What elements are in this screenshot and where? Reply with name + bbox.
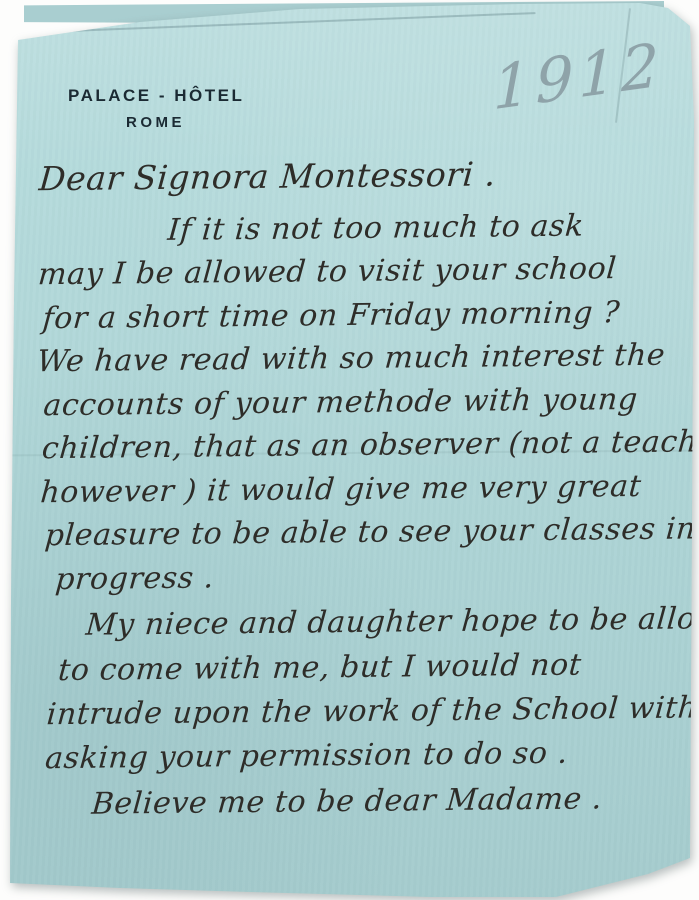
letter-line: intrude upon the work of the School with… bbox=[45, 690, 699, 732]
letter-line: pleasure to be able to see your classes … bbox=[44, 511, 698, 553]
letter-line: We have read with so much interest the bbox=[36, 338, 667, 380]
letter-line: progress . bbox=[54, 560, 215, 597]
closing-line: Believe me to be dear Madame . bbox=[90, 781, 603, 821]
letter-line: to come with me, but I would not bbox=[57, 648, 583, 689]
scanned-letter-page: PALACE - HÔTEL ROME 1912 Dear Signora Mo… bbox=[0, 0, 699, 900]
handwritten-body: Dear Signora Montessori . If it is not t… bbox=[0, 0, 699, 900]
letter-line: My niece and daughter hope to be allowed bbox=[84, 601, 699, 643]
paper-shadow: PALACE - HÔTEL ROME 1912 Dear Signora Mo… bbox=[0, 0, 699, 900]
letter-line: may I be allowed to visit your school bbox=[37, 251, 618, 292]
letter-line: If it is not too much to ask bbox=[166, 209, 585, 248]
letter-line: however ) it would give me very great bbox=[39, 469, 643, 510]
letter-paper: PALACE - HÔTEL ROME 1912 Dear Signora Mo… bbox=[0, 0, 699, 900]
letter-line: accounts of your methode with young bbox=[42, 382, 639, 423]
letter-line: for a short time on Friday morning ? bbox=[41, 295, 621, 336]
letter-line: children, that as an observer (not a tea… bbox=[41, 424, 699, 466]
salutation-line: Dear Signora Montessori . bbox=[38, 154, 498, 198]
letter-line: asking your permission to do so . bbox=[44, 736, 569, 777]
